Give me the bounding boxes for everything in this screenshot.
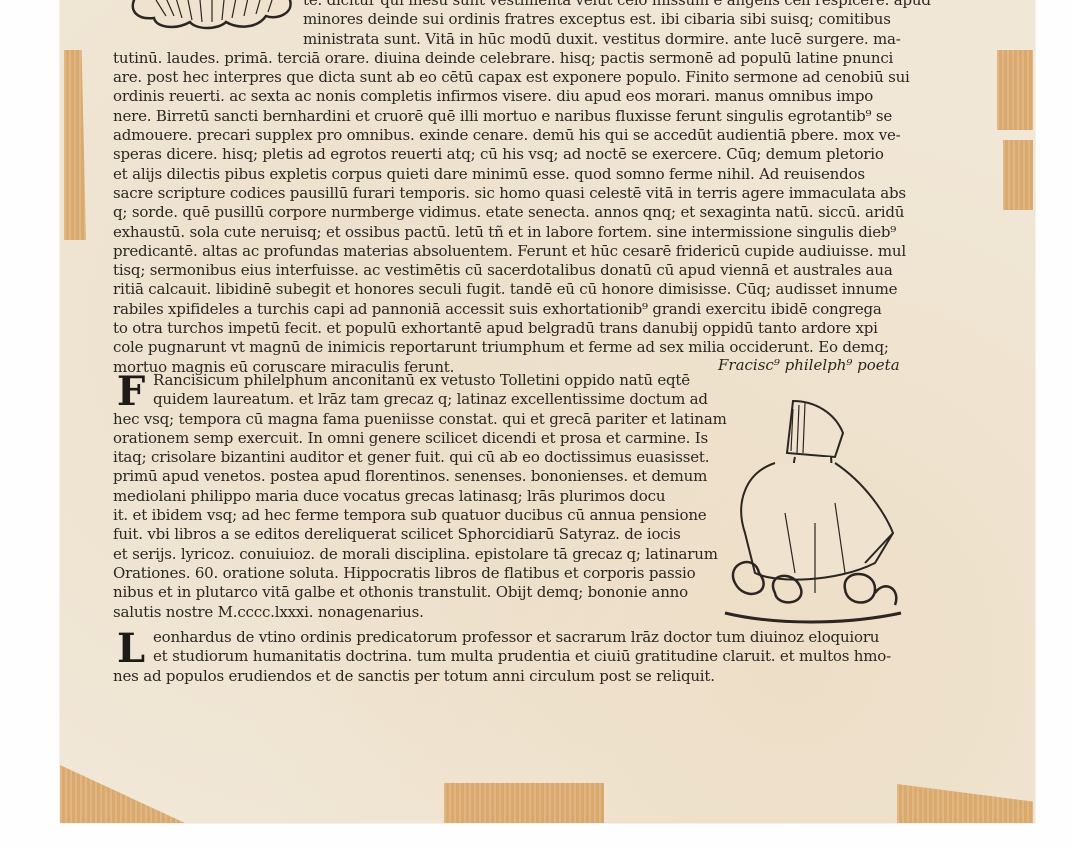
text-line: nes ad populos erudiendos et de sanctis … <box>113 667 908 686</box>
text-line: cole pugnarunt vt magnū de inimicis repo… <box>113 338 908 357</box>
dropcap-initial: F <box>113 374 149 410</box>
text-line: to otra turchos impetū fecit. et populū … <box>113 319 908 338</box>
text-line: rabiles xpifideles a turchis capi ad pan… <box>113 300 908 319</box>
entry-filelfo: F Rancisicum philelphum anconitanū ex ve… <box>113 371 713 622</box>
text-line: quidem laureatum. et lrāz tam grecaz q; … <box>113 390 713 409</box>
text-line: te. dicitur qui ihesu sunt vestimenta ve… <box>113 0 908 10</box>
text-line: salutis nostre M.cccc.lxxxi. nonagenariu… <box>113 603 713 622</box>
text-line: exhaustū. sola cute neruisq; et ossibus … <box>113 223 908 242</box>
text-line: tutinū. laudes. primā. terciā orare. diu… <box>113 49 908 68</box>
text-line: itaq; crisolare bizantini auditor et gen… <box>113 448 713 467</box>
text-line: ritiā calcauit. libidinē subegit et hono… <box>113 280 908 299</box>
text-line: et serijs. lyricoz. conuiuioz. de morali… <box>113 545 713 564</box>
text-line: et studiorum humanitatis doctrina. tum m… <box>113 647 908 666</box>
text-line: are. post hec interpres que dicta sunt a… <box>113 68 908 87</box>
text-line: eonhardus de vtino ordinis predicatorum … <box>113 628 908 647</box>
text-line: hec vsq; tempora cū magna fama pueniisse… <box>113 410 713 429</box>
text-line: tisq; sermonibus eius interfuisse. ac ve… <box>113 261 908 280</box>
text-line: Orationes. 60. oratione soluta. Hippocra… <box>113 564 713 583</box>
text-line: speras dicere. hisq; pletis ad egrotos r… <box>113 145 908 164</box>
text-line: admouere. precari supplex pro omnibus. e… <box>113 126 908 145</box>
text-line: et alijs dilectis pibus expletis corpus … <box>113 165 908 184</box>
text-line: predicantē. altas ac profundas materias … <box>113 242 908 261</box>
dropcap-initial: L <box>113 631 149 667</box>
text-line: minores deinde sui ordinis fratres excep… <box>113 10 908 29</box>
text-line: Rancisicum philelphum anconitanū ex vetu… <box>113 371 713 390</box>
tape-strip-right-lower <box>1003 140 1033 210</box>
text-line: q; sorde. quē pusillū corpore nurmberge … <box>113 203 908 222</box>
text-line: nibus et in plutarco vitā galbe et othon… <box>113 583 713 602</box>
text-line: nere. Birretū sancti bernhardini et cruo… <box>113 107 908 126</box>
text-line: primū apud venetos. postea apud florenti… <box>113 467 713 486</box>
text-line: fuit. vbi libros a se editos dereliquera… <box>113 525 713 544</box>
portrait-caption: Fracisc⁹ philelph⁹ poeta <box>718 356 900 374</box>
text-line: orationem semp exercuit. In omni genere … <box>113 429 713 448</box>
text-line: sacre scripture codices pausillū furari … <box>113 184 908 203</box>
entry-leonhardus: L eonhardus de vtino ordinis predicatoru… <box>113 628 908 686</box>
tape-strip-bottom-middle <box>444 783 604 823</box>
woodcut-portrait-icon <box>715 393 905 625</box>
text-line: it. et ibidem vsq; ad hec ferme tempora … <box>113 506 713 525</box>
text-line: ordinis reuerti. ac sexta ac nonis compl… <box>113 87 908 106</box>
main-text-column: te. dicitur qui ihesu sunt vestimenta ve… <box>113 0 908 377</box>
tape-strip-right-upper <box>997 50 1033 130</box>
text-line: mediolani philippo maria duce vocatus gr… <box>113 487 713 506</box>
text-line: ministrata sunt. Vitā in hūc modū duxit.… <box>113 30 908 49</box>
